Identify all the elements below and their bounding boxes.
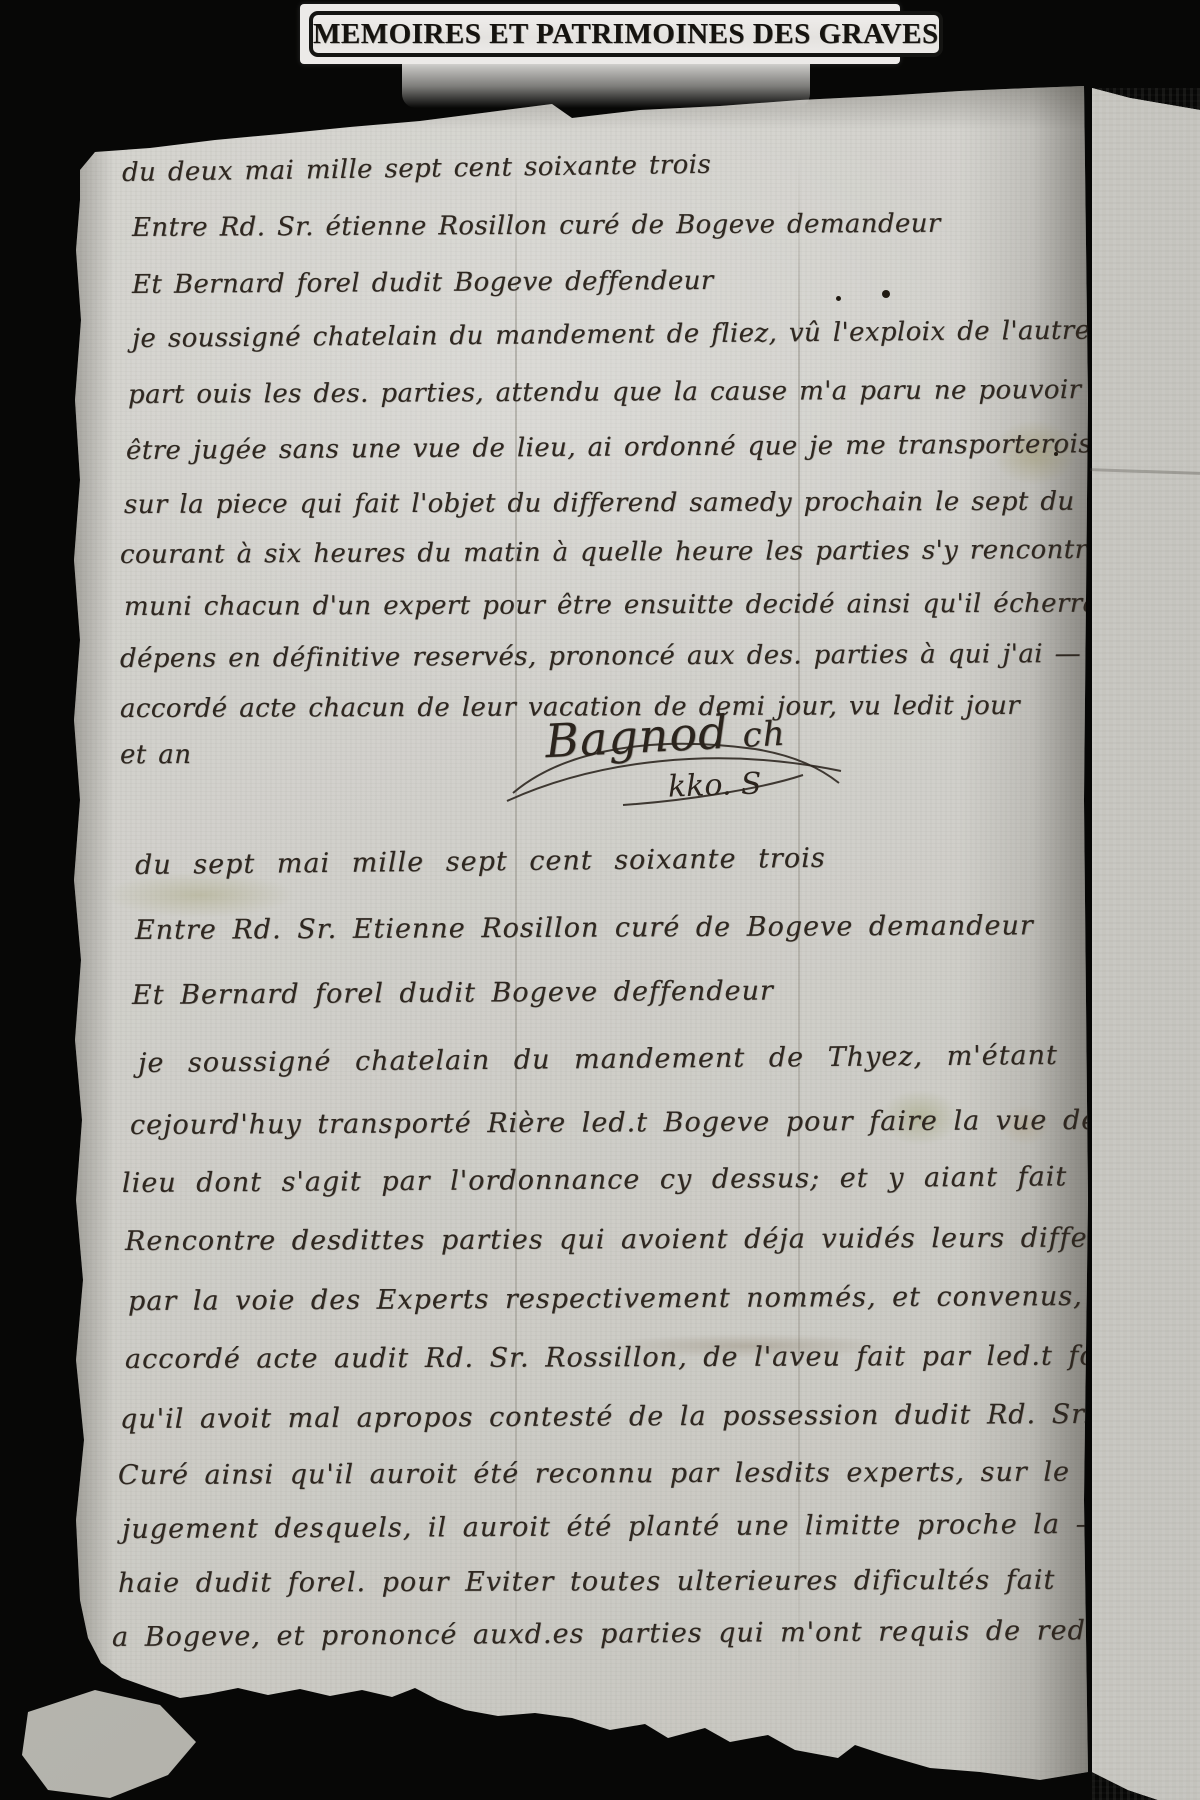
banner-frame: MEMOIRES ET PATRIMOINES DES GRAVES <box>309 11 943 57</box>
adjacent-page-texture <box>1092 88 1200 1800</box>
manuscript-line: du deux mai mille sept cent soixante tro… <box>122 150 712 188</box>
manuscript-line: Curé ainsi qu'il auroit été reconnu par … <box>118 1457 1070 1491</box>
manuscript-line: je soussigné chatelain du mandement de T… <box>138 1040 1058 1079</box>
manuscript-line: sur la piece qui fait l'objet du differe… <box>124 487 1075 520</box>
manuscript-line: du sept mai mille sept cent soixante tro… <box>135 843 826 881</box>
manuscript-line: courant à six heures du matin à quelle h… <box>120 535 1160 570</box>
signature-suffix-text: ch <box>742 714 787 756</box>
manuscript-line: je soussigné chatelain du mandement de f… <box>132 316 1091 354</box>
manuscript-line: dépens en définitive reservés, prononcé … <box>120 639 1081 674</box>
manuscript-line: jugement desquels, il auroit été planté … <box>122 1509 1104 1545</box>
banner-glare <box>402 60 810 108</box>
manuscript-line: Et Bernard forel dudit Bogeve deffendeur <box>132 266 714 300</box>
manuscript-line: haie dudit forel. pour Eviter toutes ult… <box>118 1565 1055 1599</box>
manuscript-line: par la voie des Experts respectivement n… <box>128 1281 1125 1317</box>
manuscript-line: Entre Rd. Sr. étienne Rosillon curé de B… <box>132 209 941 243</box>
manuscript-line: muni chacun d'un expert pour être ensuit… <box>124 588 1137 622</box>
manuscript-line: et an <box>120 740 191 770</box>
signature-paraph: kko. S <box>667 766 762 804</box>
manuscript-line: qu'il avoit mal apropos contesté de la p… <box>120 1399 1092 1435</box>
manuscript-line: Rencontre desdittes parties qui avoient … <box>125 1222 1164 1257</box>
manuscript-line: accordé acte audit Rd. Sr. Rossillon, de… <box>125 1340 1137 1375</box>
paper-edge-shadow <box>72 140 114 1680</box>
header-banner: MEMOIRES ET PATRIMOINES DES GRAVES <box>300 4 900 64</box>
manuscript-line: être jugée sans une vue de lieu, ai ordo… <box>126 429 1092 466</box>
ink-speck <box>882 290 890 298</box>
banner-title: MEMOIRES ET PATRIMOINES DES GRAVES <box>313 18 939 51</box>
signature-name-text: Bagnod <box>544 705 730 769</box>
manuscript-line: Entre Rd. Sr. Etienne Rosillon curé de B… <box>135 910 1034 946</box>
ink-speck <box>836 296 841 301</box>
manuscript-line: Et Bernard forel dudit Bogeve deffendeur <box>132 976 774 1011</box>
manuscript-line: cejourd'huy transporté Rière led.t Bogev… <box>130 1105 1142 1141</box>
manuscript-line: part ouis les des. parties, attendu que … <box>128 375 1082 410</box>
manuscript-page: du deux mai mille sept cent soixante tro… <box>0 0 1200 1800</box>
